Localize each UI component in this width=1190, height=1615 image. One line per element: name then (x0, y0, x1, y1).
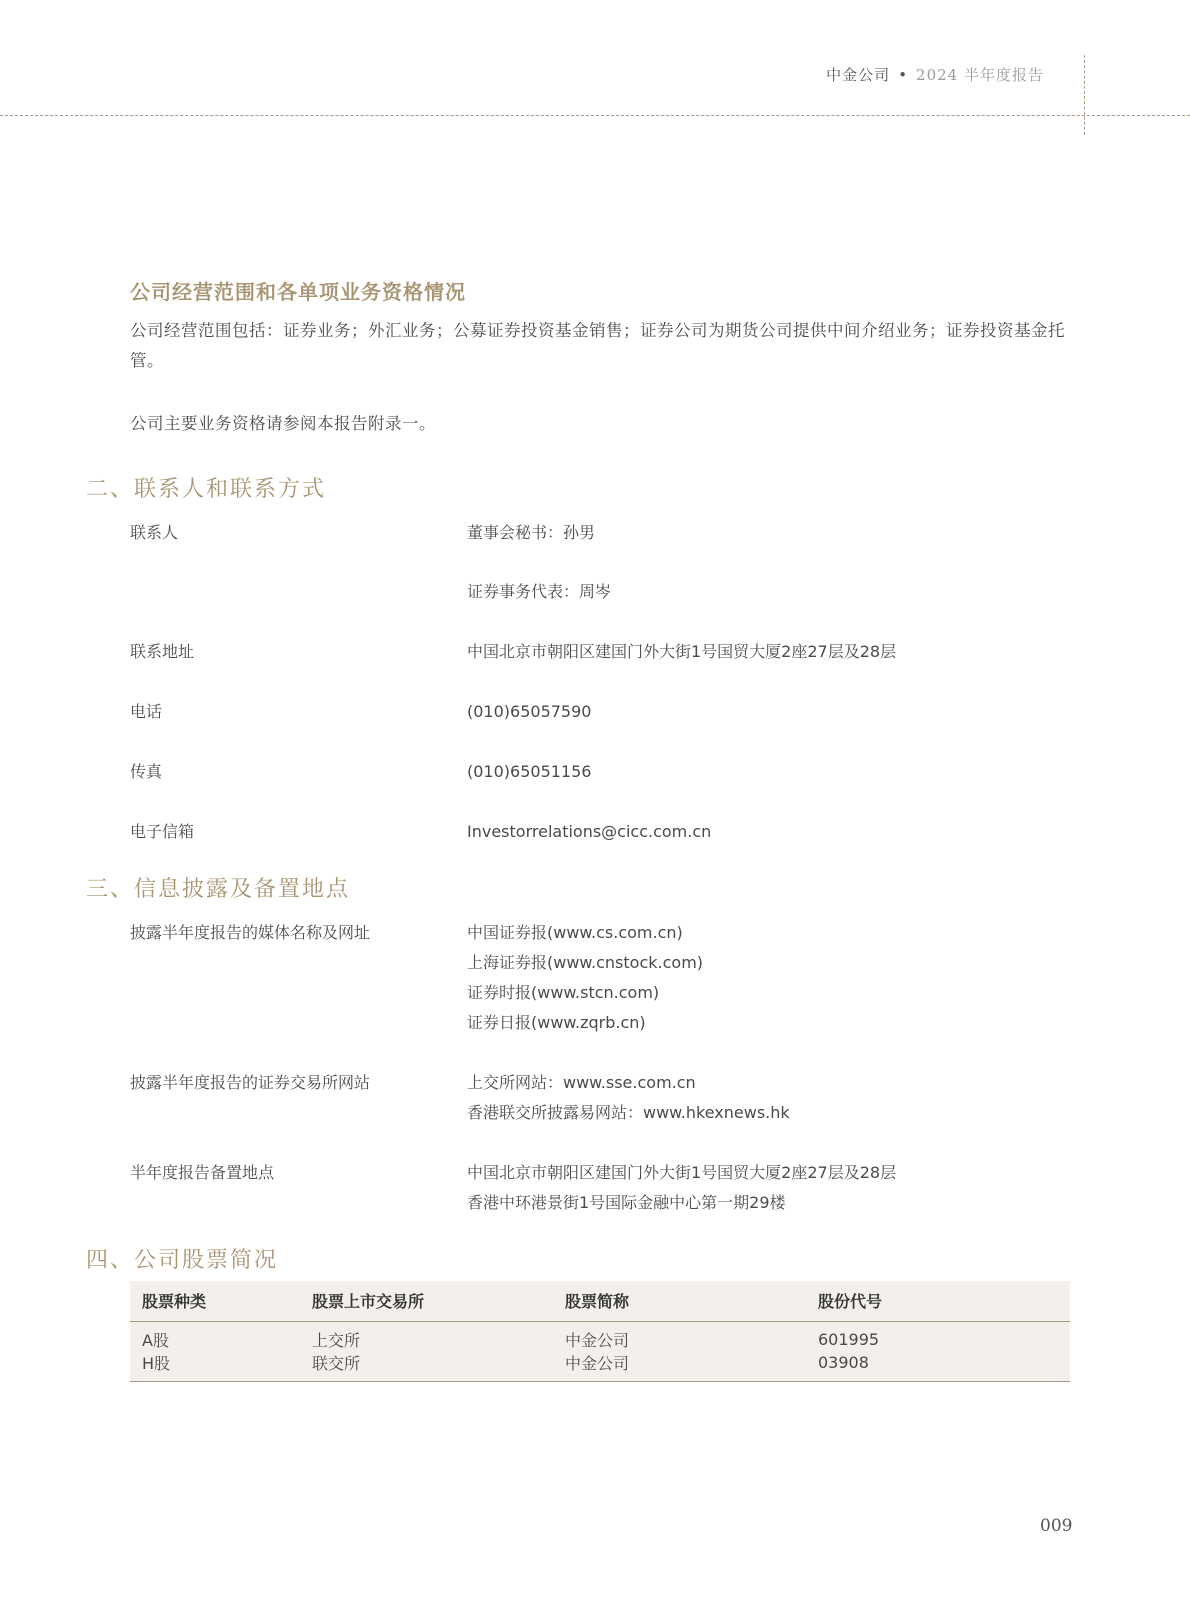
header-dashed-divider (0, 115, 1190, 116)
business-scope-heading: 公司经营范围和各单项业务资格情况 (130, 276, 466, 305)
securities-rep-value: 证券事务代表：周岑 (467, 577, 611, 607)
stock-table: 股票种类 股票上市交易所 股票简称 股份代号 A股 上交所 中金公司 60199… (130, 1281, 1070, 1382)
column-header: 股份代号 (806, 1281, 1070, 1321)
exchange-cell: 上交所 (300, 1321, 553, 1351)
stock-name-cell: 中金公司 (553, 1351, 806, 1381)
stock-heading: 四、公司股票简况 (86, 1243, 278, 1274)
column-header: 股票简称 (553, 1281, 806, 1321)
media-item[interactable]: 中国证券报(www.cs.com.cn) (467, 918, 683, 948)
business-scope-paragraph: 公司经营范围包括：证券业务；外汇业务；公募证券投资基金销售；证券公司为期货公司提… (130, 316, 1070, 376)
header-separator-dot: • (898, 66, 908, 84)
hkex-website-value[interactable]: 香港联交所披露易网站：www.hkexnews.hk (467, 1098, 790, 1128)
media-item[interactable]: 证券时报(www.stcn.com) (467, 978, 659, 1008)
phone-value: (010)65057590 (467, 697, 591, 727)
exchange-website-label: 披露半年度报告的证券交易所网站 (130, 1068, 370, 1098)
exchange-cell: 联交所 (300, 1351, 553, 1381)
contacts-heading: 二、联系人和联系方式 (86, 472, 326, 503)
page-number: 009 (1040, 1516, 1072, 1536)
fax-label: 传真 (130, 757, 162, 787)
board-secretary-value: 董事会秘书：孙男 (467, 518, 595, 548)
sse-website-value[interactable]: 上交所网站：www.sse.com.cn (467, 1068, 696, 1098)
column-header: 股票上市交易所 (300, 1281, 553, 1321)
report-location-hongkong: 香港中环港景街1号国际金融中心第一期29楼 (467, 1188, 786, 1218)
table-row: A股 上交所 中金公司 601995 (130, 1321, 1070, 1351)
media-item[interactable]: 证券日报(www.zqrb.cn) (467, 1008, 646, 1038)
phone-label: 电话 (130, 697, 162, 727)
report-location-beijing: 中国北京市朝阳区建国门外大街1号国贸大厦2座27层及28层 (467, 1158, 896, 1188)
running-header: 中金公司•2024 半年度报告 (826, 64, 1044, 85)
email-value[interactable]: Investorrelations@cicc.com.cn (467, 817, 711, 847)
contact-person-label: 联系人 (130, 518, 178, 548)
contact-address-label: 联系地址 (130, 637, 194, 667)
stock-name-cell: 中金公司 (553, 1321, 806, 1351)
email-label: 电子信箱 (130, 817, 194, 847)
contact-address-value: 中国北京市朝阳区建国门外大街1号国贸大厦2座27层及28层 (467, 637, 896, 667)
header-company: 中金公司 (826, 66, 890, 84)
disclosure-heading: 三、信息披露及备置地点 (86, 872, 350, 903)
stock-type-cell: A股 (130, 1321, 300, 1351)
stock-code-cell: 601995 (806, 1321, 1070, 1351)
fax-value: (010)65051156 (467, 757, 591, 787)
media-item[interactable]: 上海证券报(www.cnstock.com) (467, 948, 703, 978)
media-label: 披露半年度报告的媒体名称及网址 (130, 918, 370, 948)
header-report-title: 2024 半年度报告 (916, 66, 1044, 84)
column-header: 股票种类 (130, 1281, 300, 1321)
business-qualification-note: 公司主要业务资格请参阅本报告附录一。 (130, 409, 1070, 439)
header-dashed-vertical-mark (1084, 55, 1085, 135)
stock-type-cell: H股 (130, 1351, 300, 1381)
stock-code-cell: 03908 (806, 1351, 1070, 1381)
report-location-label: 半年度报告备置地点 (130, 1158, 274, 1188)
table-header-row: 股票种类 股票上市交易所 股票简称 股份代号 (130, 1281, 1070, 1321)
table-row: H股 联交所 中金公司 03908 (130, 1351, 1070, 1381)
